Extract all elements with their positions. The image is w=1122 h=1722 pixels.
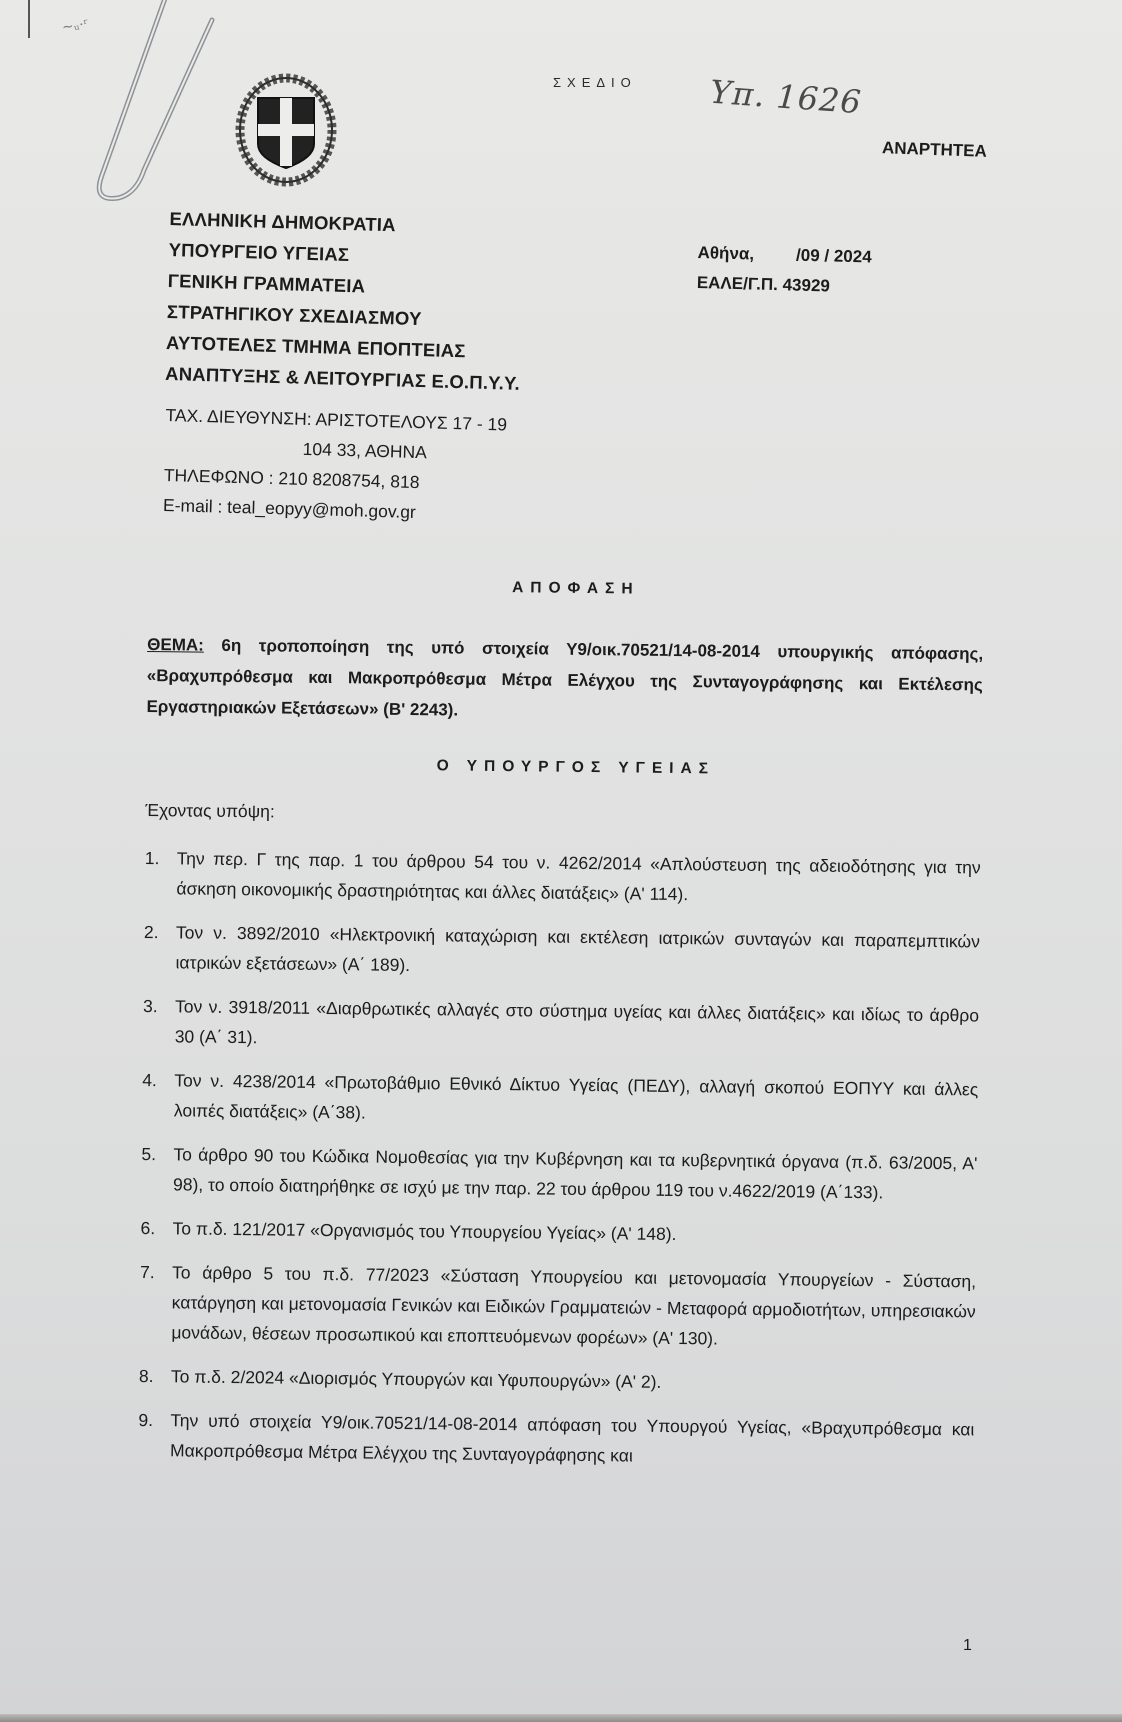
posting-label: ΑΝΑΡΤΗΤΕΑ [882, 138, 987, 162]
document-page: ~ᵤ·ʳ ΣΧΕΔΙΟ Υπ. 1626 ΑΝΑΡΤΗΤΕΑ ΕΛΛΗΝΙΚΗ … [0, 0, 1122, 1722]
list-item: 8.Το π.δ. 2/2024 «Διορισμός Υπουργών και… [139, 1361, 975, 1400]
subject: ΘΕΜΑ: 6η τροποποίηση της υπό στοιχεία Υ9… [146, 629, 983, 731]
list-item: 1.Την περ. Γ της παρ. 1 του άρθρου 54 το… [144, 843, 981, 912]
list-item: 7.Το άρθρο 5 του π.δ. 77/2023 «Σύσταση Υ… [139, 1257, 976, 1356]
page-number: 1 [963, 1637, 972, 1655]
list-item: 4.Τον ν. 4238/2014 «Πρωτοβάθμιο Εθνικό Δ… [142, 1065, 979, 1134]
minister-title: Ο ΥΠΟΥΡΓΟΣ ΥΓΕΙΑΣ [170, 754, 982, 781]
subject-text: 6η τροποποίηση της υπό στοιχεία Υ9/οικ.7… [146, 636, 983, 720]
protocol-number: ΕΑΛΕ/Γ.Π. 43929 [696, 268, 871, 303]
margin-pen-mark [28, 0, 30, 38]
place-date-block: Αθήνα,/09 / 2024 ΕΑΛΕ/Γ.Π. 43929 [696, 238, 872, 303]
document-body: ΑΠΟΦΑΣΗ ΘΕΜΑ: 6η τροποποίηση της υπό στο… [138, 575, 984, 1488]
draft-label: ΣΧΕΔΙΟ [553, 75, 637, 90]
paperclip-icon [40, 0, 230, 210]
list-item: 3.Τον ν. 3918/2011 «Διαρθρωτικές αλλαγές… [143, 991, 980, 1060]
list-item: 2.Τον ν. 3892/2010 «Ηλεκτρονική καταχώρι… [143, 917, 980, 986]
table-edge-shadow [0, 1714, 1122, 1722]
decision-title: ΑΠΟΦΑΣΗ [168, 575, 984, 602]
references-list: 1.Την περ. Γ της παρ. 1 του άρθρου 54 το… [138, 843, 981, 1474]
list-item: 5.Το άρθρο 90 του Κώδικα Νομοθεσίας για … [141, 1139, 978, 1208]
list-item: 6.Το π.δ. 121/2017 «Οργανισμός του Υπουρ… [140, 1213, 976, 1252]
handwritten-registry-number: Υπ. 1626 [709, 73, 863, 122]
subject-label: ΘΕΜΑ: [147, 635, 204, 655]
place: Αθήνα, [697, 243, 754, 263]
considering-label: Έχοντας υπόψη: [145, 800, 981, 830]
date: /09 / 2024 [796, 241, 872, 273]
issuer-block: ΕΛΛΗΝΙΚΗ ΔΗΜΟΚΡΑΤΙΑ ΥΠΟΥΡΓΕΙΟ ΥΓΕΙΑΣ ΓΕΝ… [165, 203, 525, 399]
contact-block: ΤΑΧ. ΔΙΕΥΘΥΝΣΗ: ΑΡΙΣΤΟΤΕΛΟΥΣ 17 - 19 104… [163, 400, 508, 529]
greek-coat-of-arms-icon [232, 72, 340, 190]
list-item: 9.Την υπό στοιχεία Υ9/οικ.70521/14-08-20… [138, 1405, 975, 1474]
